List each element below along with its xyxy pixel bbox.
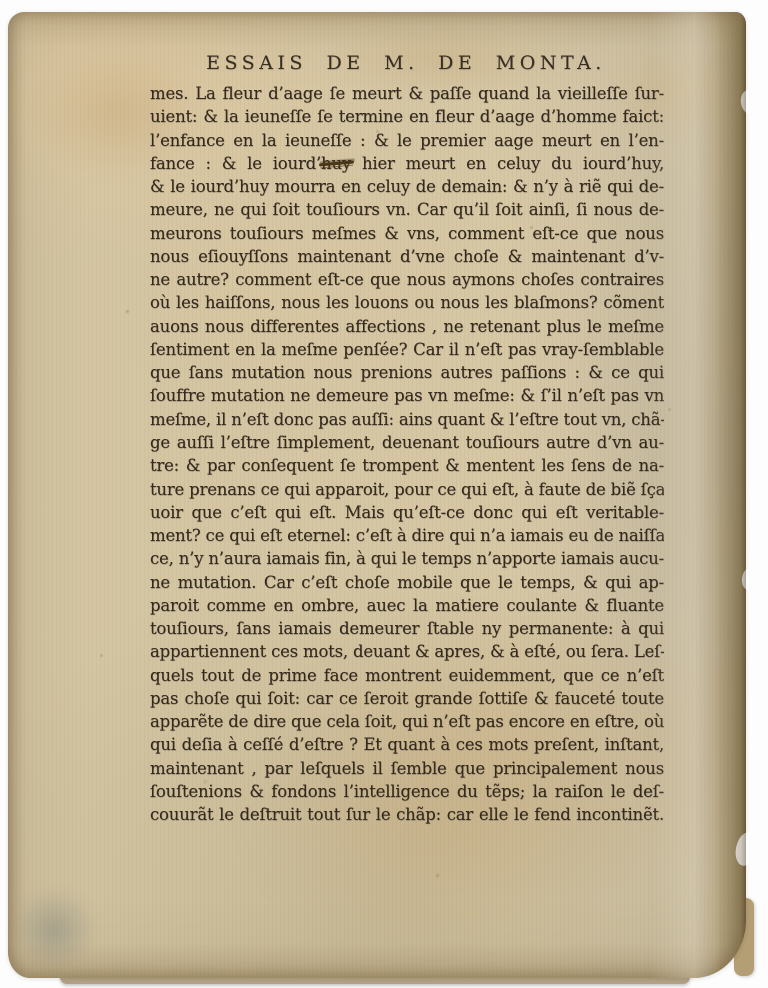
text-line: ture prenans ce qui apparoit, pour ce qu… [150,478,664,501]
text-line: couurãt le deſtruit tout ſur le chãp: ca… [150,803,664,826]
text-line: où les haiſſons, nous les louons ou nous… [150,291,664,314]
text-line: nous eſiouyſſons maintenant d’vne choſe … [150,245,664,268]
text-line: paroit comme en ombre, auec la matiere c… [150,594,664,617]
text-line: meurons touſiours meſmes & vns, comment … [150,222,664,245]
text-line: mes. La fleur d’aage ſe meurt & paſſe qu… [150,82,664,105]
text-line: ſouffre mutation ne demeure pas vn meſme… [150,384,664,407]
text-line: apparẽte de dire que cela ſoit, qui n’eſ… [150,710,664,733]
text-line: & le iourd’huy mourra en celuy de demain… [150,175,664,198]
text-line: ce, n’y n’aura iamais fin, à qui le temp… [150,547,664,570]
text-line: ſouſtenions & fondons l’intelligence du … [150,780,664,803]
text-line: qui deſia à ceſſé d’eſtre ? Et quant à c… [150,733,664,756]
text-line: touſiours, ſans iamais demeurer ſtable n… [150,617,664,640]
struck-word: huy [321,152,351,175]
text-line: ge auſſi l’eſtre ſimplement, deuenant to… [150,431,664,454]
text-line: tre: & par conſequent ſe trompent & ment… [150,454,664,477]
running-header: ESSAIS DE M. DE MONTA. [150,52,662,74]
text-line: fance : & le iourd’huy hier meurt en cel… [150,152,664,175]
photo-backdrop: ESSAIS DE M. DE MONTA. mes. La fleur d’a… [0,0,768,988]
page-edge-nick [733,830,760,867]
body-text: mes. La fleur d’aage ſe meurt & paſſe qu… [150,82,664,827]
text-line: ſentiment en la meſme penſée? Car il n’e… [150,338,664,361]
text-line: quels tout de prime face montrent euidem… [150,664,664,687]
text-line: meure, ne qui ſoit touſiours vn. Car qu’… [150,198,664,221]
text-line: meſme, il n’eſt donc pas auſſi: ains qua… [150,408,664,431]
paper-stain [12,888,96,972]
text-segment: fance : & le iourd’ [150,154,321,173]
text-line: que ſans mutation nous prenions autres p… [150,361,664,384]
book-page: ESSAIS DE M. DE MONTA. mes. La fleur d’a… [8,12,746,978]
text-line: pas choſe qui ſoit: car ce ſeroit grande… [150,687,664,710]
page-edge-nick [739,89,758,115]
text-line: auons nous differentes affections , ne r… [150,315,664,338]
foxing-specks [8,12,11,15]
text-line: appartiennent ces mots, deuant & apres, … [150,640,664,663]
text-line: ment? ce qui eſt eternel: c’eſt à dire q… [150,524,664,547]
text-segment: hier meurt en celuy du iourd’huy, [351,154,664,173]
page-edge-nick [741,567,757,590]
text-line: uoir que c’eſt qui eſt. Mais qu’eſt-ce d… [150,501,664,524]
text-line: maintenant , par leſquels il ſemble que … [150,757,664,780]
text-line: ne mutation. Car c’eſt choſe mobile que … [150,571,664,594]
text-line: uient: & la ieuneſſe ſe termine en fleur… [150,105,664,128]
text-line: l’enfance en la ieuneſſe : & le premier … [150,129,664,152]
text-line: ne autre? comment eſt-ce que nous aymons… [150,268,664,291]
